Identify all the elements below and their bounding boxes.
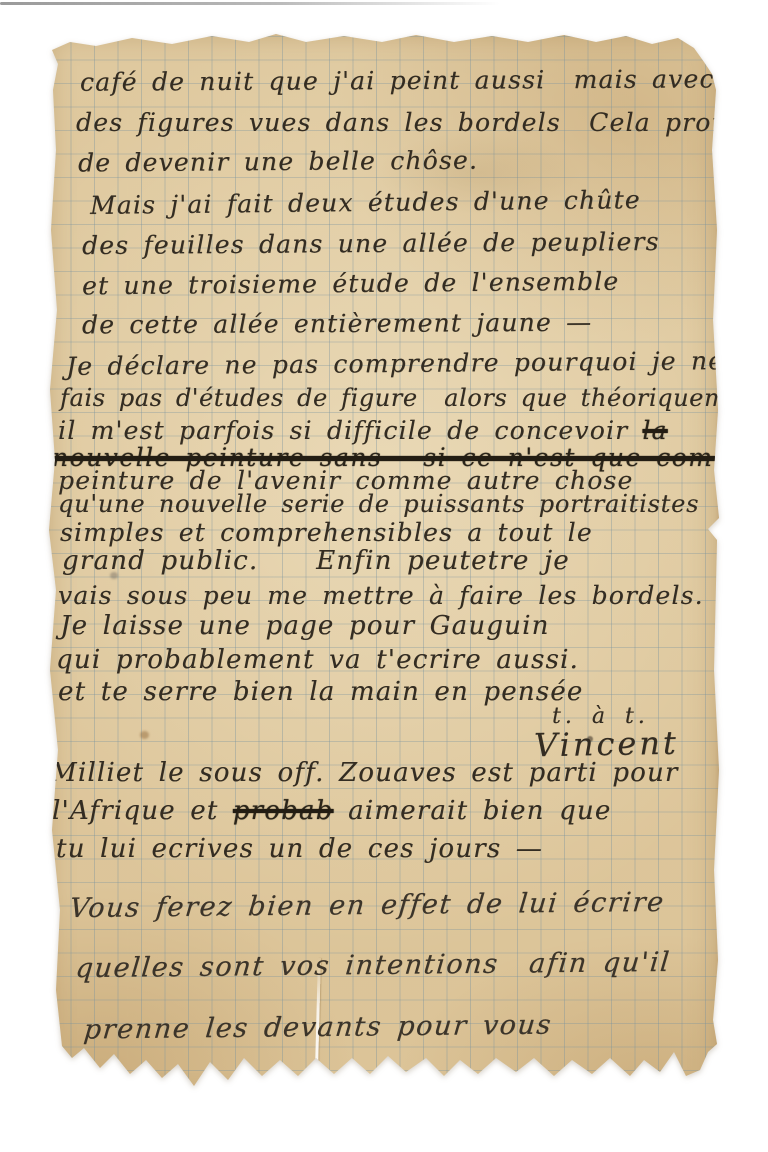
- postscript-line: tu lui ecrives un de ces jours —: [56, 836, 543, 862]
- line-text: tu lui ecrives un de ces jours —: [56, 834, 543, 864]
- line-text: de devenir une belle chôse.: [78, 146, 478, 178]
- letter-line: simples et comprehensibles a tout le: [60, 520, 593, 545]
- line-text: vais sous peu me mettre à faire les bord…: [58, 581, 704, 610]
- letter-line: fais pas d'études de figure alors que th…: [60, 386, 768, 410]
- line-text: café de nuit que j'ai peint aussi mais a…: [80, 64, 715, 96]
- letter-line: il m'est parfois si difficile de concevo…: [58, 418, 668, 443]
- line-text: il m'est parfois si difficile de concevo…: [58, 416, 642, 445]
- line-text: Mais j'ai fait deux études d'une chûte: [90, 185, 641, 220]
- line-text: de cette allée entièrement jaune —: [82, 308, 592, 340]
- second-hand-line: Vous ferez bien en effet de lui écrire: [68, 889, 666, 922]
- letter-line: de devenir une belle chôse.: [78, 148, 478, 176]
- letter-line: de cette allée entièrement jaune —: [82, 310, 592, 338]
- letter-line: café de nuit que j'ai peint aussi mais a…: [80, 66, 715, 94]
- letter-line: qu'une nouvelle serie de puissants portr…: [58, 492, 699, 516]
- letter-sheet: café de nuit que j'ai peint aussi mais a…: [44, 30, 720, 1106]
- letter-line: vais sous peu me mettre à faire les bord…: [58, 583, 704, 608]
- letter-sheet-wrapper: café de nuit que j'ai peint aussi mais a…: [44, 30, 720, 1106]
- second-hand-line: quelles sont vos intentions afin qu'il: [74, 949, 671, 982]
- letter-line: grand public. Enfin peutetre je: [62, 548, 570, 574]
- signature-name: Vincent: [534, 727, 679, 762]
- line-text: des figures vues dans les bordels Cela p…: [76, 108, 764, 137]
- letter-line: et une troisieme étude de l'ensemble: [82, 269, 620, 299]
- line-text: et te serre bien la main en pensée: [58, 677, 583, 707]
- line-text: et une troisieme étude de l'ensemble: [82, 267, 620, 301]
- letter-line: des feuilles dans une allée de peupliers: [82, 229, 660, 258]
- scanned-letter-page: { "document": { "kind": "handwritten let…: [0, 0, 768, 1152]
- letter-line: et te serre bien la main en pensée: [58, 679, 583, 705]
- line-text: simples et comprehensibles a tout le: [60, 518, 593, 547]
- letter-line: qui probablement va t'ecrire aussi.: [56, 647, 579, 673]
- second-hand-line: prenne les devants pour vous: [82, 1012, 553, 1044]
- postscript-line: Milliet le sous off. Zouaves est parti p…: [50, 760, 679, 786]
- letter-line: Mais j'ai fait deux études d'une chûte: [90, 187, 641, 218]
- postscript-line: l'Afrique et probab aimerait bien que: [52, 798, 611, 824]
- scanner-edge-artifact: [0, 2, 500, 5]
- line-text: Vous ferez bien en effet de lui écrire: [68, 887, 666, 924]
- line-text: prenne les devants pour vous: [82, 1010, 553, 1046]
- line-text: qu'une nouvelle serie de puissants portr…: [58, 490, 699, 518]
- line-text: l'Afrique et: [52, 796, 233, 826]
- line-text: Je laisse une page pour Gauguin: [60, 611, 550, 641]
- line-text: Je déclare ne pas comprendre pourquoi je…: [66, 346, 724, 381]
- struck-text: probab: [233, 796, 334, 826]
- letter-line: Je laisse une page pour Gauguin: [60, 613, 550, 639]
- line-text: fais pas d'études de figure alors que th…: [60, 384, 768, 412]
- line-text: aimerait bien que: [334, 796, 612, 826]
- line-text: Milliet le sous off. Zouaves est parti p…: [50, 758, 679, 788]
- letter-line: Je déclare ne pas comprendre pourquoi je…: [66, 348, 724, 379]
- struck-text: la: [642, 416, 667, 445]
- line-text: qui probablement va t'ecrire aussi.: [56, 645, 579, 675]
- line-text: quelles sont vos intentions afin qu'il: [74, 947, 672, 984]
- letter-line: des figures vues dans les bordels Cela p…: [76, 110, 764, 135]
- line-text: grand public. Enfin peutetre je: [62, 546, 570, 576]
- line-text: des feuilles dans une allée de peupliers: [82, 227, 660, 260]
